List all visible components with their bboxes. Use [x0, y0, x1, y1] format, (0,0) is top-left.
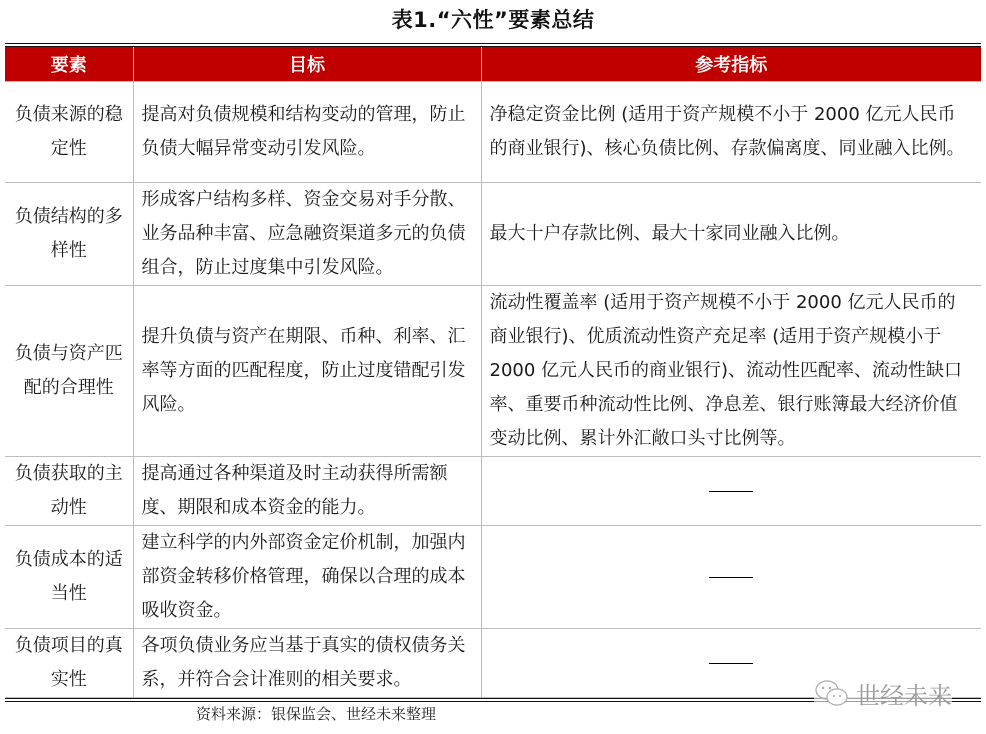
watermark-text: 世经未来 [856, 676, 952, 711]
table-row: 负债来源的稳定性 提高对负债规模和结构变动的管理，防止负债大幅异常变动引发风险。… [5, 82, 981, 183]
cell-element: 负债结构的多样性 [5, 183, 133, 286]
header-element: 要素 [5, 47, 133, 82]
cell-element: 负债与资产匹配的合理性 [5, 286, 133, 457]
summary-table-container: 要素 目标 参考指标 负债来源的稳定性 提高对负债规模和结构变动的管理，防止负债… [5, 43, 981, 702]
header-indicators: 参考指标 [481, 47, 981, 82]
cell-goal: 各项负债业务应当基于真实的债权债务关系，并符合会计准则的相关要求。 [133, 629, 481, 698]
header-goal: 目标 [133, 47, 481, 82]
six-properties-table: 要素 目标 参考指标 负债来源的稳定性 提高对负债规模和结构变动的管理，防止负债… [5, 47, 981, 698]
cell-element: 负债获取的主动性 [5, 457, 133, 526]
header-row: 要素 目标 参考指标 [5, 47, 981, 82]
table-row: 负债结构的多样性 形成客户结构多样、资金交易对手分散、业务品种丰富、应急融资渠道… [5, 183, 981, 286]
cell-indicators: 最大十户存款比例、最大十家同业融入比例。 [481, 183, 981, 286]
wechat-icon [814, 679, 850, 709]
table-row: 负债与资产匹配的合理性 提升负债与资产在期限、币种、利率、汇率等方面的匹配程度，… [5, 286, 981, 457]
cell-indicators: 流动性覆盖率 (适用于资产规模不小于 2000 亿元人民币的商业银行)、优质流动… [481, 286, 981, 457]
source-note: 资料来源：银保监会、世经未来整理 [196, 703, 436, 724]
cell-goal: 提升负债与资产在期限、币种、利率、汇率等方面的匹配程度，防止过度错配引发风险。 [133, 286, 481, 457]
table-row: 负债获取的主动性 提高通过各种渠道及时主动获得所需额度、期限和成本资金的能力。 [5, 457, 981, 526]
dash-placeholder [709, 663, 753, 664]
cell-element: 负债成本的适当性 [5, 526, 133, 629]
cell-indicators-empty [481, 526, 981, 629]
cell-indicators-empty [481, 457, 981, 526]
cell-element: 负债来源的稳定性 [5, 82, 133, 183]
table-title: 表1.“六性”要素总结 [0, 4, 986, 34]
cell-goal: 形成客户结构多样、资金交易对手分散、业务品种丰富、应急融资渠道多元的负债组合，防… [133, 183, 481, 286]
cell-goal: 提高通过各种渠道及时主动获得所需额度、期限和成本资金的能力。 [133, 457, 481, 526]
cell-indicators: 净稳定资金比例 (适用于资产规模不小于 2000 亿元人民币的商业银行)、核心负… [481, 82, 981, 183]
cell-goal: 提高对负债规模和结构变动的管理，防止负债大幅异常变动引发风险。 [133, 82, 481, 183]
watermark: 世经未来 [814, 676, 952, 711]
dash-placeholder [709, 491, 753, 492]
table-row: 负债成本的适当性 建立科学的内外部资金定价机制，加强内部资金转移价格管理，确保以… [5, 526, 981, 629]
cell-element: 负债项目的真实性 [5, 629, 133, 698]
cell-goal: 建立科学的内外部资金定价机制，加强内部资金转移价格管理，确保以合理的成本吸收资金… [133, 526, 481, 629]
dash-placeholder [709, 577, 753, 578]
